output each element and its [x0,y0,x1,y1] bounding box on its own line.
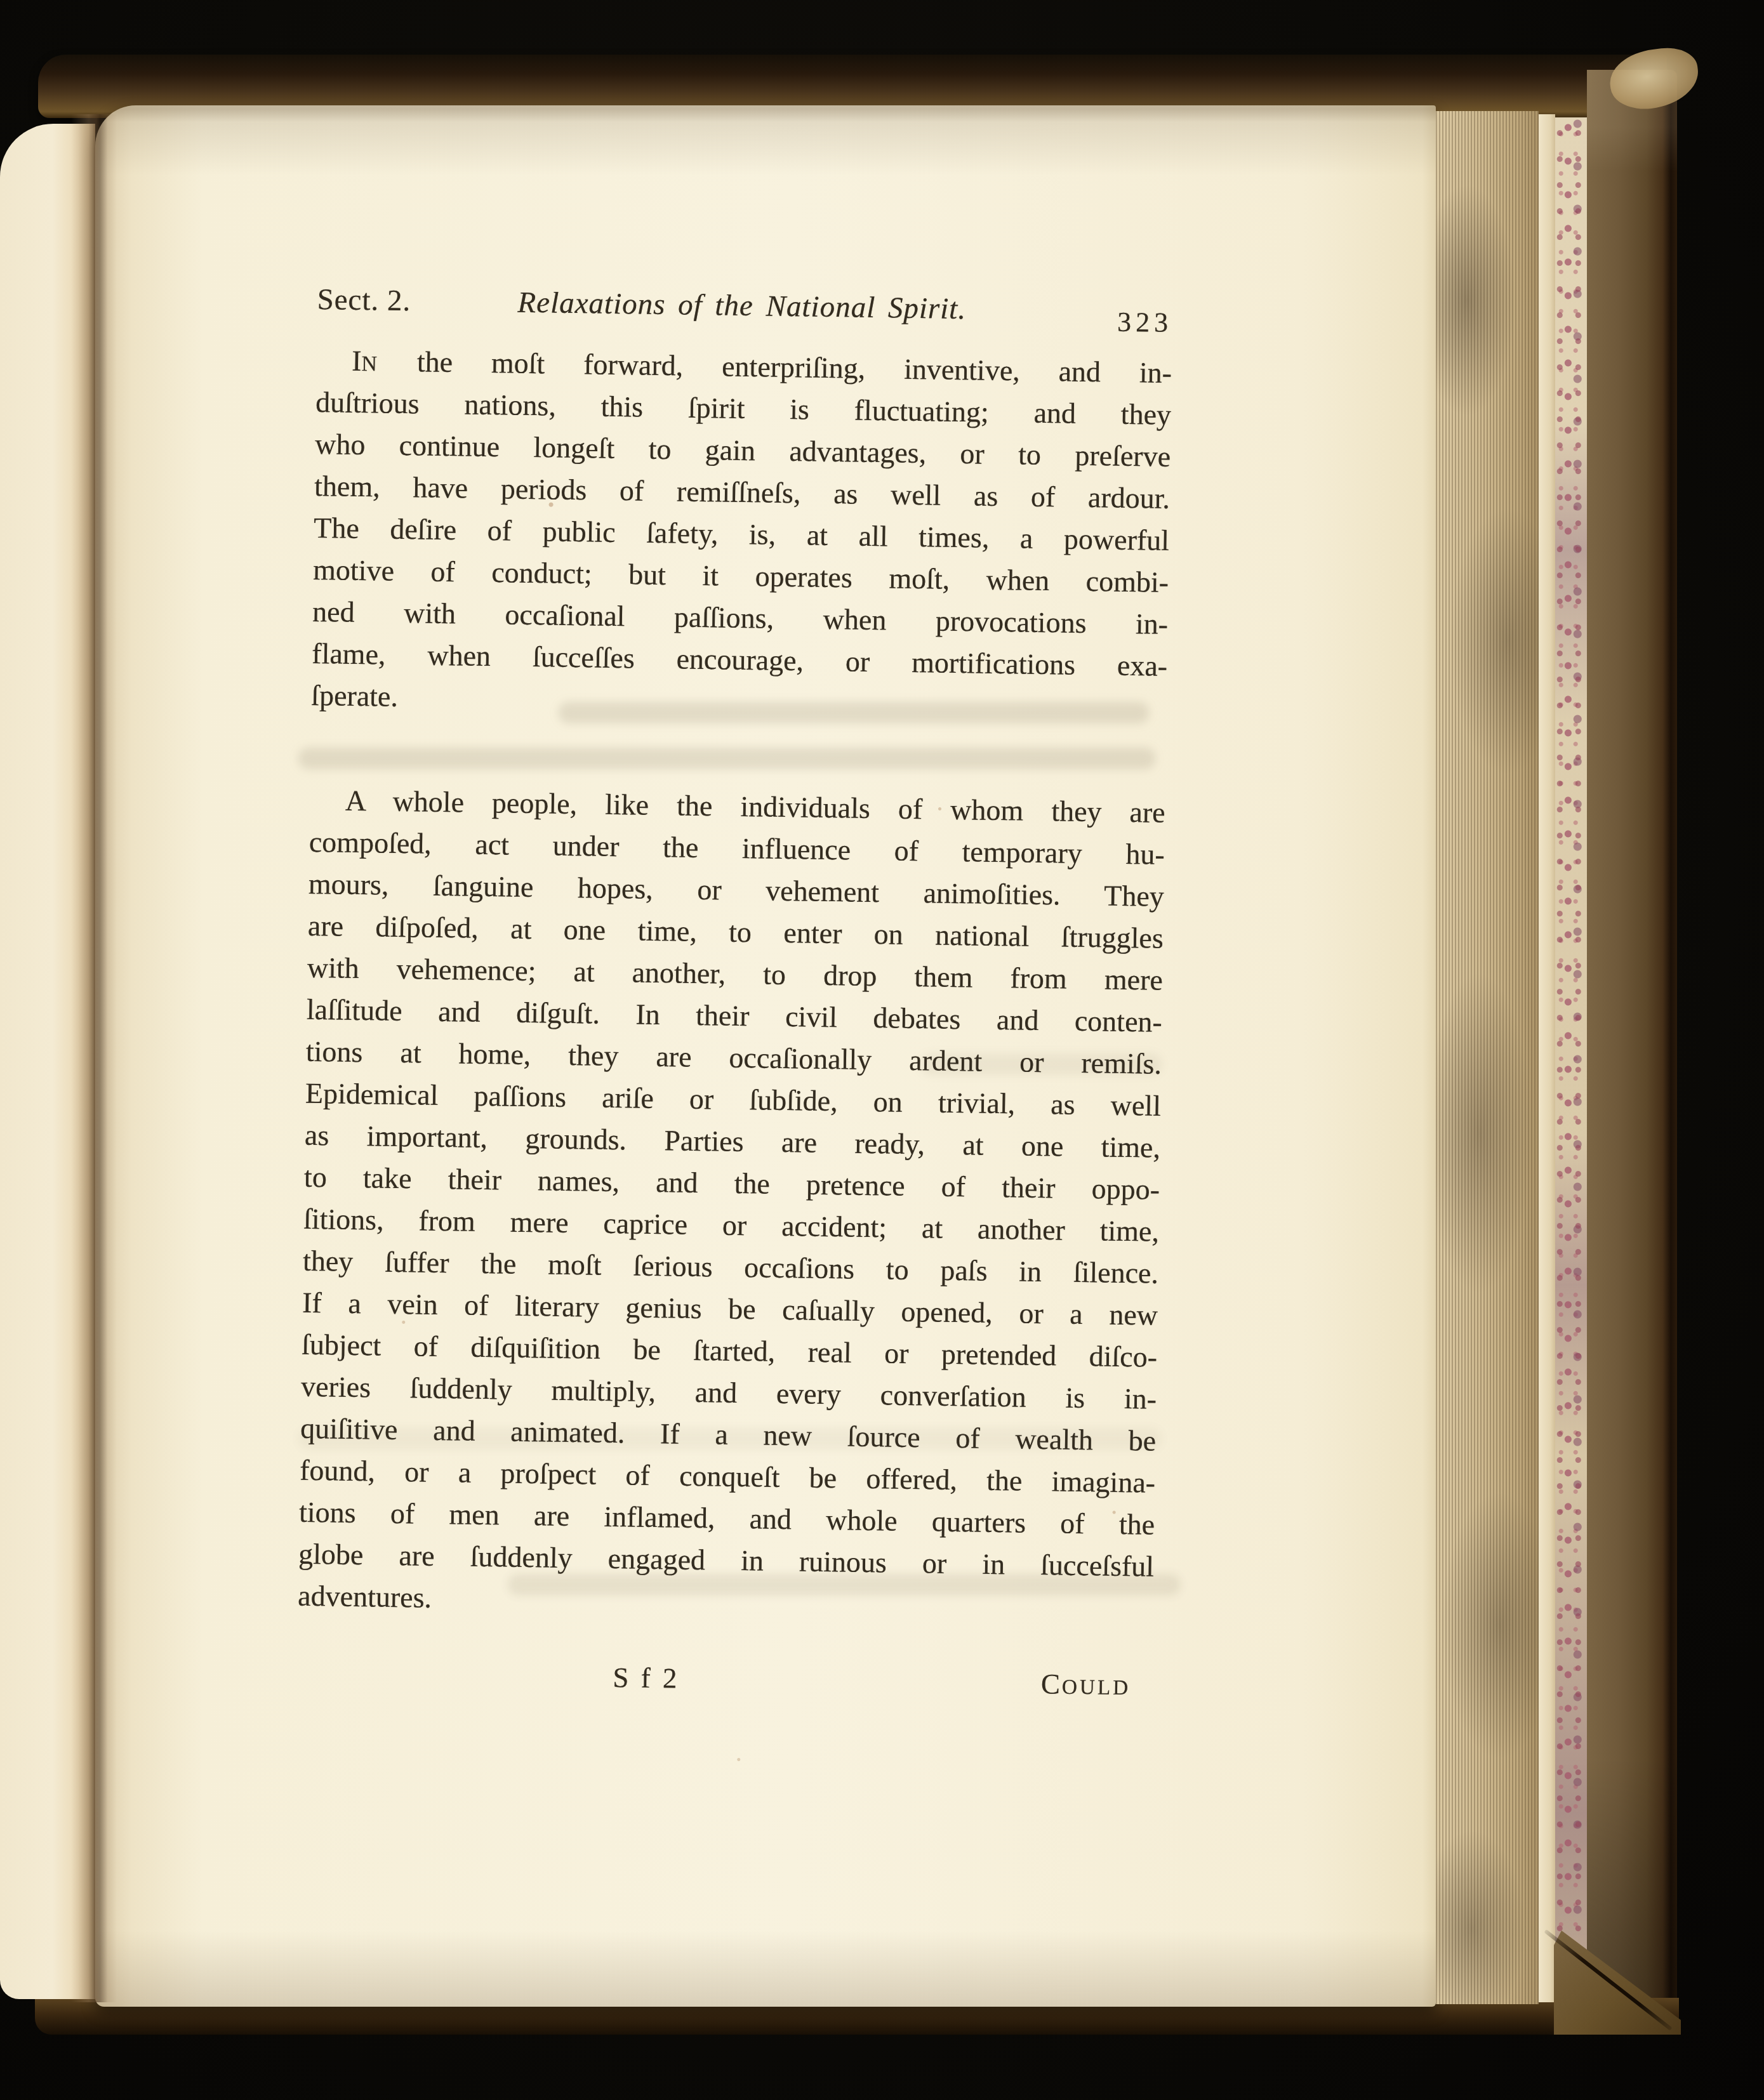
drop-capital: I [352,345,362,377]
fore-edge-light-sliver [1539,114,1555,2002]
book-page: Sect. 2. Relaxations of the National Spi… [95,105,1436,2007]
small-capital: N [361,352,378,376]
catchword: COULD [1040,1667,1131,1701]
running-title: Relaxations of the National Spirit. [411,284,1118,329]
photograph-backdrop: Sect. 2. Relaxations of the National Spi… [0,0,1764,2100]
facing-page-edge [0,124,95,1999]
signature-mark: S f 2 [613,1661,680,1695]
book-cover-right-board [1587,70,1677,2032]
running-header: Sect. 2. Relaxations of the National Spi… [317,282,1173,338]
paragraph-2: A whole people, like the individuals of … [298,779,1165,1630]
page-number: 323 [1117,306,1173,339]
page-text-block: Sect. 2. Relaxations of the National Spi… [296,282,1173,1707]
section-label: Sect. 2. [317,282,411,318]
marbled-endpaper-edge [1555,117,1587,2001]
page-footer: S f 2 COULD [296,1656,1153,1707]
catchword-small-caps: OULD [1062,1675,1131,1700]
paragraph-1: IN the moſt forward, enterpriſing, inven… [311,340,1172,729]
fore-edge-page-stack [1436,111,1539,2004]
catchword-capital: C [1040,1668,1062,1700]
